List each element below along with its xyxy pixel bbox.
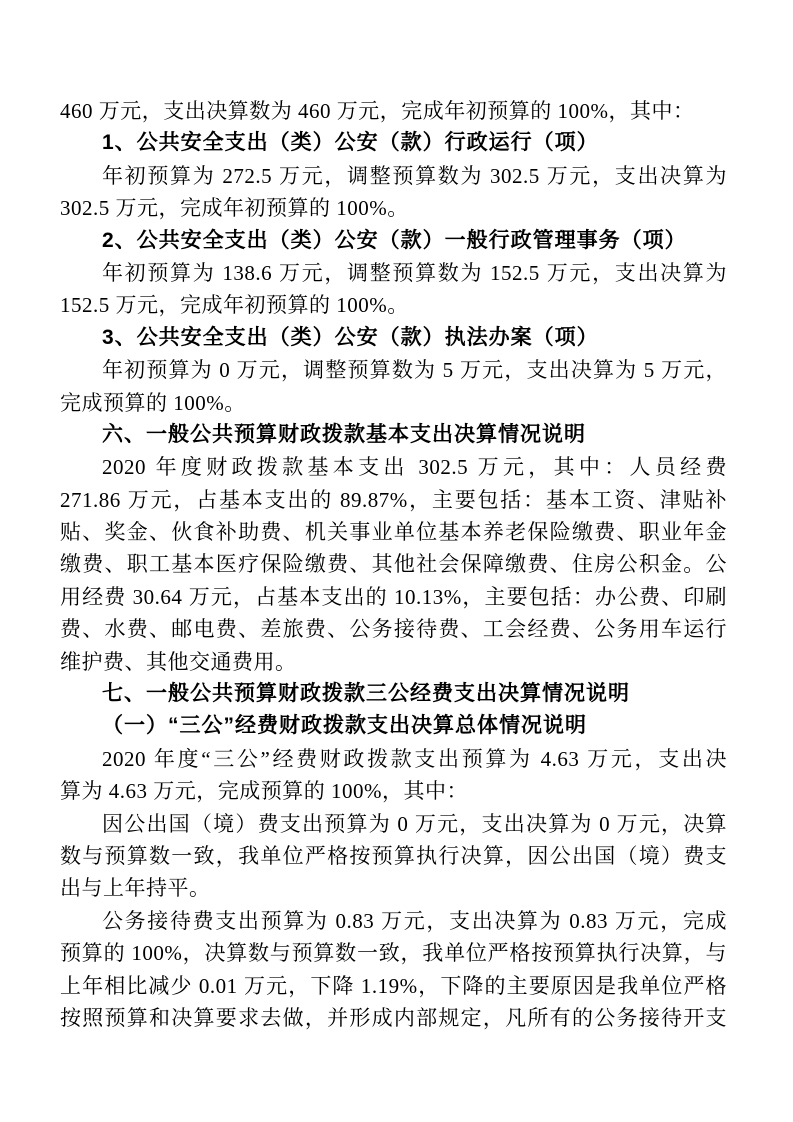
document-page: 460 万元，支出决算数为 460 万元，完成年初预算的 100%，其中：1、公… (0, 0, 793, 1122)
text-line: 预算的 100%，决算数与预算数一致，我单位严格按预算执行决算，与 (60, 937, 727, 969)
text-line: 年初预算为 138.6 万元，调整预算数为 152.5 万元，支出决算为 (60, 257, 727, 289)
text-line: 年初预算为 272.5 万元，调整预算数为 302.5 万元，支出决算为 (60, 160, 727, 192)
text-line: 算为 4.63 万元，完成预算的 100%，其中： (60, 775, 727, 807)
heading-line: （一）“三公”经费财政拨款支出决算总体情况说明 (60, 710, 727, 742)
text-line: 152.5 万元，完成年初预算的 100%。 (60, 289, 727, 321)
heading-line: 七、一般公共预算财政拨款三公经费支出决算情况说明 (60, 678, 727, 710)
heading-line: 3、公共安全支出（类）公安（款）执法办案（项） (60, 322, 727, 354)
text-line: 上年相比减少 0.01 万元，下降 1.19%，下降的主要原因是我单位严格 (60, 970, 727, 1002)
text-line: 缴费、职工基本医疗保险缴费、其他社会保障缴费、住房公积金。公 (60, 548, 727, 580)
text-line: 贴、奖金、伙食补助费、机关事业单位基本养老保险缴费、职业年金 (60, 516, 727, 548)
text-line: 公务接待费支出预算为 0.83 万元，支出决算为 0.83 万元，完成 (60, 905, 727, 937)
text-line: 用经费 30.64 万元，占基本支出的 10.13%，主要包括：办公费、印刷 (60, 581, 727, 613)
text-line: 因公出国（境）费支出预算为 0 万元，支出决算为 0 万元，决算 (60, 808, 727, 840)
text-line: 271.86 万元，占基本支出的 89.87%，主要包括：基本工资、津贴补 (60, 484, 727, 516)
text-line: 按照预算和决算要求去做，并形成内部规定，凡所有的公务接待开支 (60, 1002, 727, 1034)
text-line: 2020 年度财政拨款基本支出 302.5 万元，其中：人员经费 (60, 451, 727, 483)
heading-line: 2、公共安全支出（类）公安（款）一般行政管理事务（项） (60, 225, 727, 257)
text-line: 年初预算为 0 万元，调整预算数为 5 万元，支出决算为 5 万元， (60, 354, 727, 386)
text-line: 460 万元，支出决算数为 460 万元，完成年初预算的 100%，其中： (60, 95, 727, 127)
text-line: 出与上年持平。 (60, 872, 727, 904)
text-line: 完成预算的 100%。 (60, 387, 727, 419)
text-line: 费、水费、邮电费、差旅费、公务接待费、工会经费、公务用车运行 (60, 613, 727, 645)
heading-line: 1、公共安全支出（类）公安（款）行政运行（项） (60, 127, 727, 159)
text-line: 数与预算数一致，我单位严格按预算执行决算，因公出国（境）费支 (60, 840, 727, 872)
document-body: 460 万元，支出决算数为 460 万元，完成年初预算的 100%，其中：1、公… (60, 95, 727, 1034)
text-line: 302.5 万元，完成年初预算的 100%。 (60, 192, 727, 224)
text-line: 2020 年度“三公”经费财政拨款支出预算为 4.63 万元，支出决 (60, 743, 727, 775)
text-line: 维护费、其他交通费用。 (60, 646, 727, 678)
heading-line: 六、一般公共预算财政拨款基本支出决算情况说明 (60, 419, 727, 451)
